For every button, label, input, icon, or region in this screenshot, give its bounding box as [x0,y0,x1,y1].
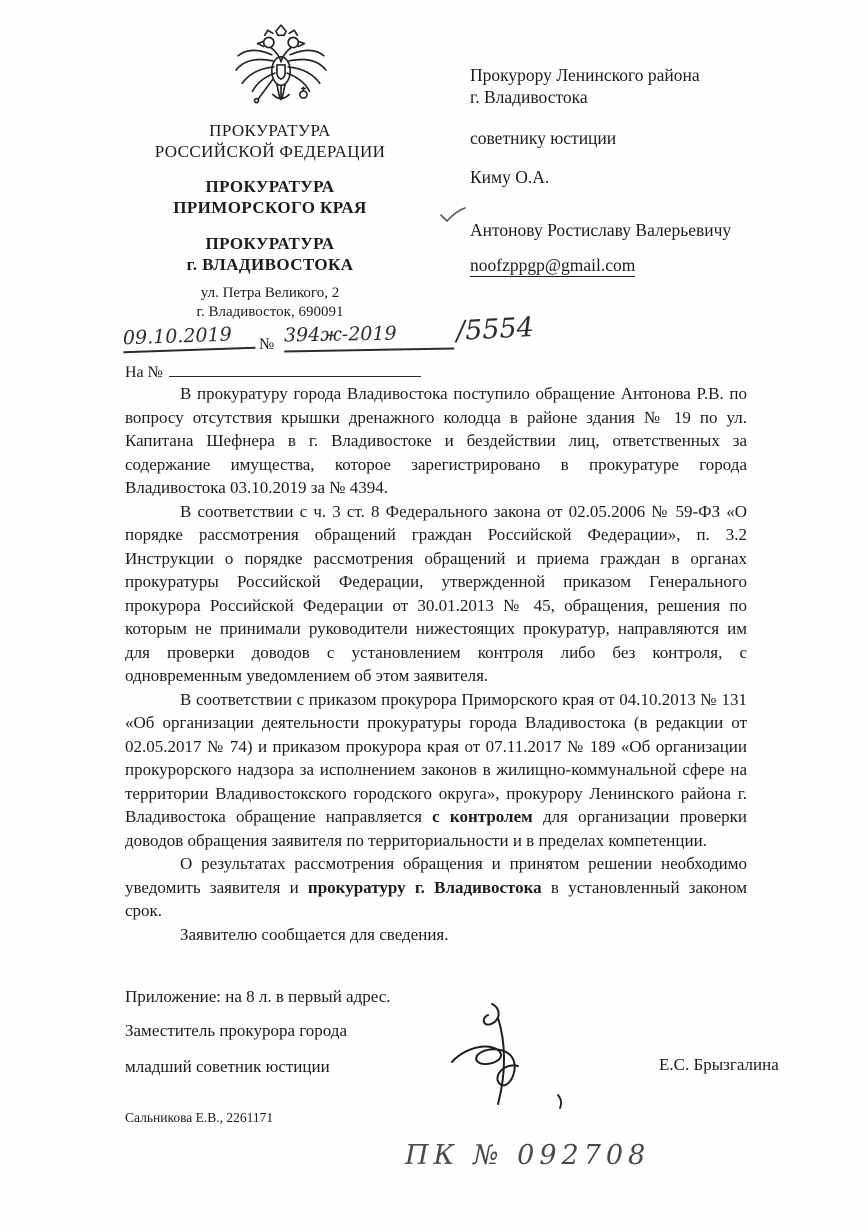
recipient-email-wrap: noofzppgp@gmail.com [470,254,635,276]
handwritten-number-suffix: /5554 [455,312,534,347]
recipient-block: Прокурору Ленинского района г. Владивост… [470,64,700,108]
paragraph: О результатах рассмотрения обращения и п… [125,852,747,923]
paragraph: В соответствии с ч. 3 ст. 8 Федерального… [125,500,747,688]
paragraph: В соответствии с приказом прокурора Прим… [125,688,747,853]
attachment-line: Приложение: на 8 л. в первый адрес. [125,987,391,1007]
signer-position-line2: младший советник юстиции [125,1057,330,1077]
org-low-line1: ПРОКУРАТУРА [108,233,432,254]
handwritten-date: 09.10.2019 [123,323,256,354]
signer-position-line1: Заместитель прокурора города [125,1021,347,1041]
recipient-line1: Прокурору Ленинского района [470,64,700,86]
reply-reference-line: На № [125,362,421,382]
reply-label: На № [125,364,163,381]
number-label: № [259,336,274,354]
coat-of-arms-eagle-icon [230,22,332,116]
recipient-email: noofzppgp@gmail.com [470,255,635,277]
handwritten-signature [440,1000,560,1110]
org-mid-line1: ПРОКУРАТУРА [108,176,432,197]
address-line1: ул. Петра Великого, 2 [108,284,432,303]
paragraph: Заявителю сообщается для сведения. [125,923,747,947]
org-mid-line2: ПРИМОРСКОГО КРАЯ [108,197,432,218]
letterhead-org-top: ПРОКУРАТУРА РОССИЙСКОЙ ФЕДЕРАЦИИ [108,120,432,162]
handwritten-number: 394ж-2019 [284,322,454,353]
org-top-line1: ПРОКУРАТУРА [108,120,432,141]
letterhead-org-low: ПРОКУРАТУРА г. ВЛАДИВОСТОКА [108,233,432,275]
letterhead-address: ул. Петра Великого, 2 г. Владивосток, 69… [108,284,432,322]
recipient-line2: г. Владивостока [470,86,700,108]
registration-stamp: ПК № 092708 [405,1140,650,1171]
second-addressee: Антонову Ростиславу Валерьевичу [470,219,731,241]
reply-blank-line [169,362,421,377]
executor-line: Сальникова Е.В., 2261171 [125,1110,273,1126]
recipient-name: Киму О.А. [470,166,549,188]
signer-name: Е.С. Брызгалина [659,1055,779,1075]
scanned-letter-page: ПРОКУРАТУРА РОССИЙСКОЙ ФЕДЕРАЦИИ ПРОКУРА… [0,0,868,1228]
letterhead-org-mid: ПРОКУРАТУРА ПРИМОРСКОГО КРАЯ [108,176,432,218]
address-line2: г. Владивосток, 690091 [108,303,432,322]
org-low-line2: г. ВЛАДИВОСТОКА [108,254,432,275]
handwritten-checkmark-icon [438,206,468,224]
org-top-line2: РОССИЙСКОЙ ФЕДЕРАЦИИ [108,141,432,162]
body-paragraphs: В прокуратуру города Владивостока поступ… [125,382,747,946]
handwritten-tick-mark [556,1094,566,1110]
paragraph: В прокуратуру города Владивостока поступ… [125,382,747,500]
recipient-rank: советнику юстиции [470,127,616,149]
